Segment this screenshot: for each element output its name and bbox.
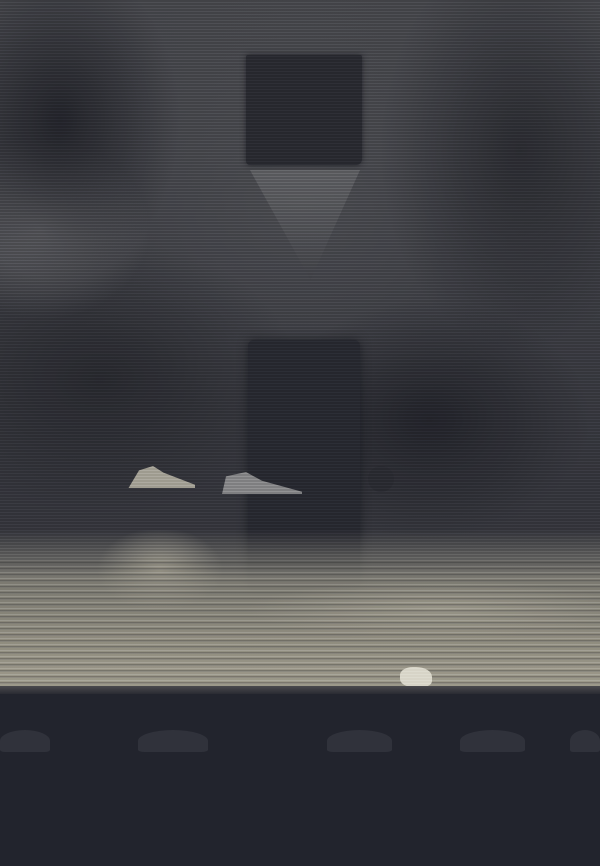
scanline-texture <box>0 0 600 690</box>
artwork-canvas <box>0 0 600 866</box>
edge-line <box>0 686 600 694</box>
reflection-mark <box>138 730 208 752</box>
reflection-mark <box>460 730 525 752</box>
reflection-mark <box>327 730 392 752</box>
reflection-mark <box>570 730 600 752</box>
reflection-mark <box>0 730 50 752</box>
dark-base-strip <box>0 694 600 866</box>
